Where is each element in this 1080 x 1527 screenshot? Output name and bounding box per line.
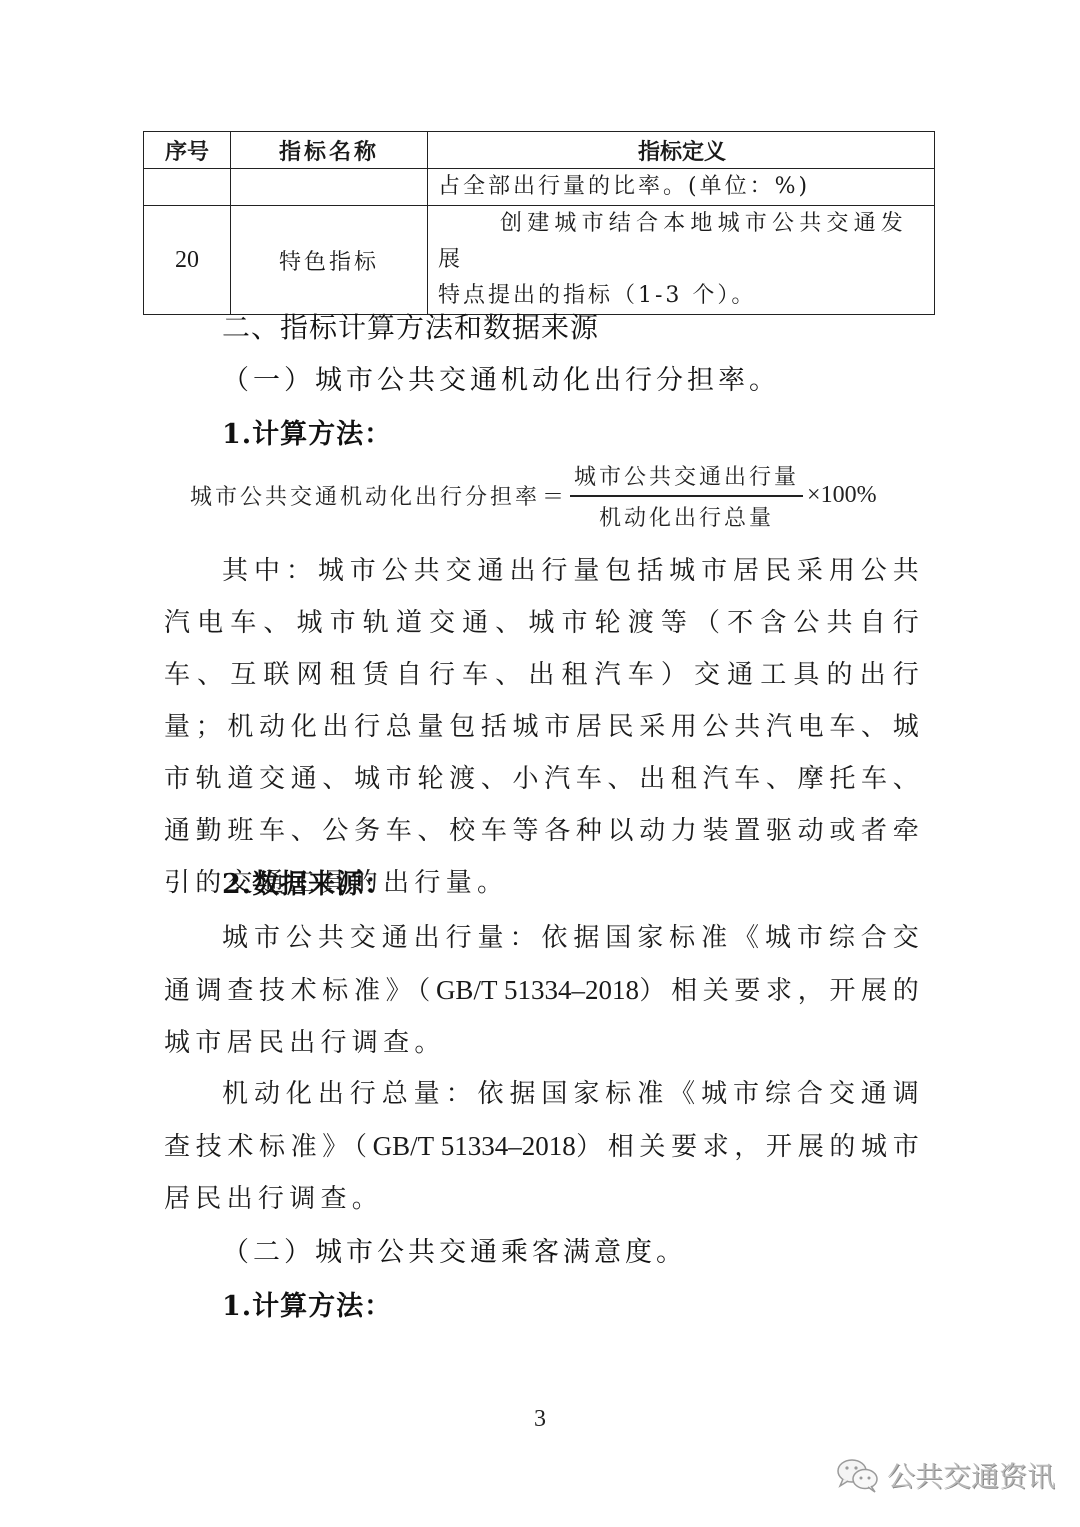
table-header-row: 序号 指标名称 指标定义 <box>144 132 935 169</box>
formula-lhs: 城市公共交通机动化出行分担率 <box>190 480 540 511</box>
calc-method-heading-1: 1.计算方法： <box>222 412 392 451</box>
data-source-paragraph-1: 城市公共交通出行量：依据国家标准《城市综合交通调查技术标准》（GB/T 5133… <box>164 912 924 1069</box>
watermark: 公共交通资讯 <box>835 1455 1055 1495</box>
formula-multiplier: ×100% <box>807 482 877 509</box>
header-indicator-definition: 指标定义 <box>428 132 935 169</box>
formula-denominator: 机动化出行总量 <box>599 497 774 532</box>
cell-indicator-definition: 占全部出行量的比率。(单位：%) <box>428 169 935 206</box>
cell-serial-no: 20 <box>144 206 231 315</box>
header-serial-no: 序号 <box>144 132 231 169</box>
watermark-label: 公共交通资讯 <box>887 1455 1055 1495</box>
wechat-icon <box>835 1457 881 1493</box>
formula: 城市公共交通机动化出行分担率 ＝ 城市公共交通出行量 机动化出行总量 ×100% <box>190 458 877 533</box>
subsection-title-1: （一）城市公共交通机动化出行分担率。 <box>222 358 780 397</box>
standard-code: GB/T 51334–2018 <box>436 975 639 1005</box>
definition-line: 创建城市结合本地城市公共交通发展 <box>438 206 926 278</box>
standard-code: GB/T 51334–2018 <box>373 1131 576 1161</box>
calc-method-heading-2: 1.计算方法： <box>222 1284 392 1323</box>
page-number: 3 <box>0 1406 1080 1433</box>
table-row: 20 特色指标 创建城市结合本地城市公共交通发展 特点提出的指标（1-3 个）。 <box>144 206 935 315</box>
formula-equals: ＝ <box>542 480 564 511</box>
cell-indicator-name <box>231 169 428 206</box>
cell-indicator-definition: 创建城市结合本地城市公共交通发展 特点提出的指标（1-3 个）。 <box>428 206 935 315</box>
definition-line: 占全部出行量的比率。(单位：%) <box>438 169 926 205</box>
explanation-paragraph: 其中：城市公共交通出行量包括城市居民采用公共汽电车、城市轨道交通、城市轮渡等（不… <box>164 545 924 909</box>
subsection-title-2: （二）城市公共交通乘客满意度。 <box>222 1230 687 1269</box>
indicator-table: 序号 指标名称 指标定义 占全部出行量的比率。(单位：%) 20 特色指标 创建… <box>143 131 935 315</box>
table-row: 占全部出行量的比率。(单位：%) <box>144 169 935 206</box>
header-indicator-name: 指标名称 <box>231 132 428 169</box>
data-source-heading: 2.数据来源： <box>222 862 392 901</box>
data-source-paragraph-2: 机动化出行总量：依据国家标准《城市综合交通调查技术标准》（GB/T 51334–… <box>164 1068 924 1225</box>
formula-fraction: 城市公共交通出行量 机动化出行总量 <box>570 460 803 532</box>
section-heading: 二、指标计算方法和数据来源 <box>222 306 599 346</box>
cell-indicator-name: 特色指标 <box>231 206 428 315</box>
cell-serial-no <box>144 169 231 206</box>
formula-numerator: 城市公共交通出行量 <box>570 460 803 497</box>
